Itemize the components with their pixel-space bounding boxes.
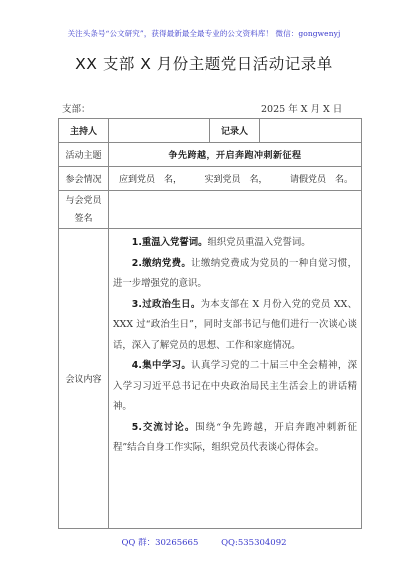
signature-field[interactable]: [109, 191, 362, 229]
content-label: 会议内容: [59, 229, 109, 529]
table-row-signatures: 与会党员 签名: [59, 191, 362, 229]
table-row-content: 会议内容 1.重温入党誓词。组织党员重温入党誓词。 2.缴纳党费。让缴纳党费成为…: [59, 229, 362, 529]
table-row-theme: 活动主题 争先跨越，开启奔跑冲刺新征程: [59, 143, 362, 167]
content-item: 3.过政治生日。为本支部在 X 月份入党的党员 XX、XXX 过“政治生日”，同…: [113, 295, 357, 357]
branch-label: 支部：: [62, 101, 91, 115]
content-item: 4.集中学习。认真学习党的二十届三中全会精神，深入学习习近平总书记在中央政治局民…: [113, 356, 357, 418]
content-item: 5.交流讨论。围绕“争先跨越，开启奔跑冲刺新征程”结合自身工作实际，组织党员代表…: [113, 418, 357, 459]
page-title: XX 支部 X 月份主题党日活动记录单: [0, 52, 408, 74]
signature-label-line2: 签名: [59, 210, 108, 228]
host-label: 主持人: [59, 119, 109, 143]
recorder-label: 记录人: [210, 119, 260, 143]
table-row-attendance: 参会情况 应到党员 名， 实到党员 名， 请假党员 名。: [59, 167, 362, 191]
table-row-host: 主持人 记录人: [59, 119, 362, 143]
content-item: 2.缴纳党费。让缴纳党费成为党员的一种自觉习惯，进一步增强党的意识。: [113, 254, 357, 295]
attendance-expected: 应到党员 名，: [119, 172, 182, 185]
record-date: 2025 年 X 月 X 日: [261, 101, 342, 115]
attendance-leave: 请假党员 名。: [290, 172, 353, 185]
attendance-value: 应到党员 名， 实到党员 名， 请假党员 名。: [109, 167, 362, 191]
signature-label-line1: 与会党员: [59, 192, 108, 210]
theme-label: 活动主题: [59, 143, 109, 167]
qq-group: QQ 群：30265665: [121, 538, 198, 548]
content-body: 1.重温入党誓词。组织党员重温入党誓词。 2.缴纳党费。让缴纳党费成为党员的一种…: [109, 229, 362, 529]
host-field[interactable]: [109, 119, 210, 143]
attendance-actual: 实到党员 名，: [204, 172, 267, 185]
qq-number: QQ:535304092: [221, 538, 286, 548]
theme-value: 争先跨越，开启奔跑冲刺新征程: [109, 143, 362, 167]
signature-label: 与会党员 签名: [59, 191, 109, 229]
attendance-label: 参会情况: [59, 167, 109, 191]
footer-contact: QQ 群：30265665 QQ:535304092: [0, 536, 408, 548]
recorder-field[interactable]: [260, 119, 362, 143]
content-item: 1.重温入党誓词。组织党员重温入党誓词。: [113, 233, 357, 254]
activity-record-table: 主持人 记录人 活动主题 争先跨越，开启奔跑冲刺新征程 参会情况 应到党员 名，…: [58, 118, 362, 529]
header-promo-note: 关注头条号“公文研究”，获得最新最全最专业的公文资料库！ 微信：gongweny…: [0, 28, 408, 39]
